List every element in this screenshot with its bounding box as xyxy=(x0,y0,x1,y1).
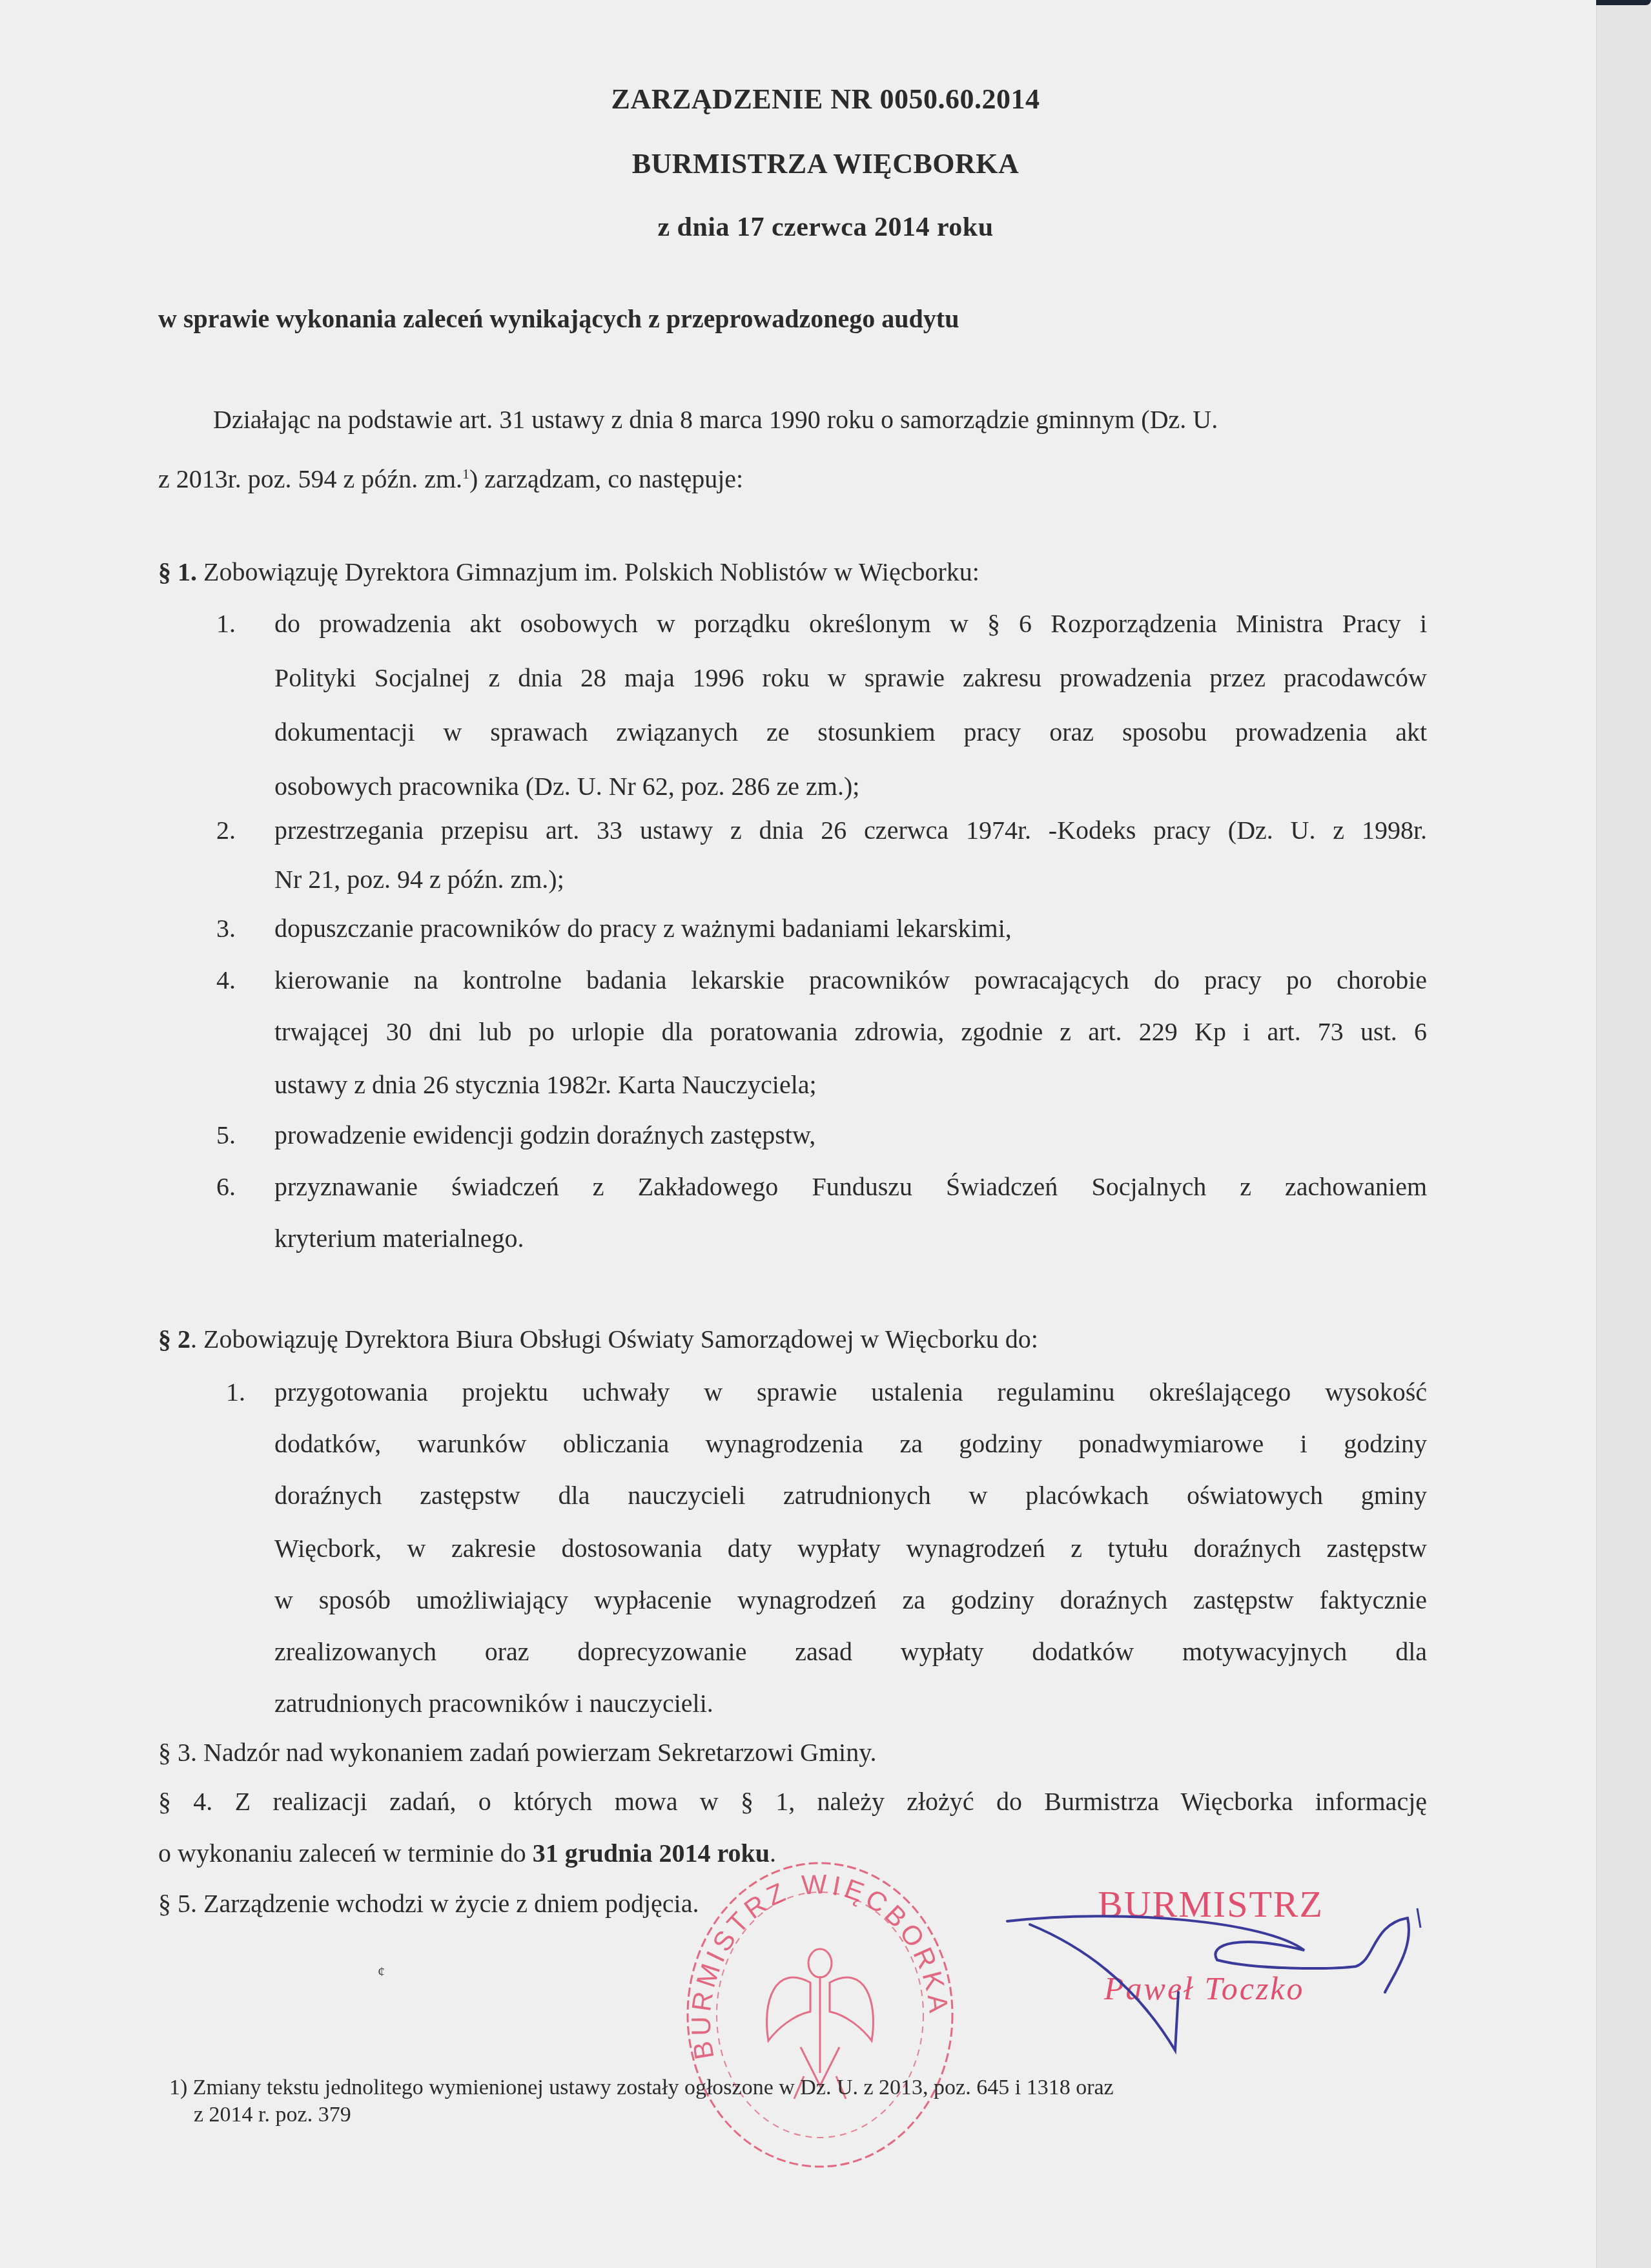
s1-item-4-line-2: trwającej 30 dni lub po urlopie dla pora… xyxy=(274,1016,1427,1047)
s1-item-4-number: 4. xyxy=(216,965,236,995)
s2-item-1-line-7: zatrudnionych pracowników i nauczycieli. xyxy=(274,1688,713,1718)
s2-item-1-line-6: zrealizowanych oraz doprecyzowanie zasad… xyxy=(274,1636,1427,1667)
s2-item-1-line-4: Więcbork, w zakresie dostosowania daty w… xyxy=(274,1533,1427,1563)
section-2-sign: § 2 xyxy=(158,1325,190,1354)
s2-item-1-line-1: przygotowania projektu uchwały w sprawie… xyxy=(274,1377,1427,1407)
s1-item-4-line-1: kierowanie na kontrolne badania lekarski… xyxy=(274,965,1427,995)
section-2-intro: § 2. Zobowiązuję Dyrektora Biura Obsługi… xyxy=(158,1324,1038,1354)
s1-item-5-number: 5. xyxy=(216,1120,236,1150)
s1-item-6-number: 6. xyxy=(216,1171,236,1202)
section-1-sign: § 1. xyxy=(158,557,197,586)
scanner-edge xyxy=(1596,0,1651,2268)
s1-item-2-line-1: przestrzegania przepisu art. 33 ustawy z… xyxy=(274,815,1427,845)
s2-item-1-line-3: doraźnych zastępstw dla nauczycieli zatr… xyxy=(274,1480,1427,1510)
s2-item-1-line-2: dodatków, warunków obliczania wynagrodze… xyxy=(274,1428,1427,1459)
section-3: § 3. Nadzór nad wykonaniem zadań powierz… xyxy=(158,1737,877,1768)
section-5: § 5. Zarządzenie wchodzi w życie z dniem… xyxy=(158,1888,699,1919)
document-title: ZARZĄDZENIE NR 0050.60.2014 xyxy=(0,83,1651,116)
s1-item-4-line-3: ustawy z dnia 26 stycznia 1982r. Karta N… xyxy=(274,1069,817,1100)
s1-item-2-number: 2. xyxy=(216,815,236,845)
s1-item-2-line-2: Nr 21, poz. 94 z późn. zm.); xyxy=(274,864,564,894)
scanner-corner xyxy=(1596,0,1651,5)
s2-item-1-number: 1. xyxy=(226,1377,245,1407)
s1-item-1-line-4: osobowych pracownika (Dz. U. Nr 62, poz.… xyxy=(274,771,859,801)
s2-item-1-line-5: w sposób umożliwiający wypłacenie wynagr… xyxy=(274,1585,1427,1615)
s1-item-3-number: 3. xyxy=(216,913,236,943)
s1-item-1-line-3: dokumentacji w sprawach związanych ze st… xyxy=(274,717,1427,747)
section-1-intro: § 1. Zobowiązuję Dyrektora Gimnazjum im.… xyxy=(158,557,979,587)
document-subject: w sprawie wykonania zaleceń wynikających… xyxy=(158,304,959,334)
s1-item-1-line-1: do prowadzenia akt osobowych w porządku … xyxy=(274,608,1427,639)
footnote-line-2: z 2014 r. poz. 379 xyxy=(194,2103,351,2127)
preamble-line-1: Działając na podstawie art. 31 ustawy z … xyxy=(213,404,1218,435)
section-4-line-1: § 4. Z realizacji zadań, o których mowa … xyxy=(158,1786,1427,1817)
s1-item-6-line-2: kryterium materialnego. xyxy=(274,1223,524,1253)
s1-item-1-number: 1. xyxy=(216,608,236,639)
stray-mark: ȼ xyxy=(378,1963,385,1980)
preamble-line-2: z 2013r. poz. 594 z późn. zm.1) zarządza… xyxy=(158,464,743,494)
document-date: z dnia 17 czerwca 2014 roku xyxy=(0,212,1651,243)
handwritten-signature xyxy=(994,1895,1446,2063)
footnote-line-1: 1) Zmiany tekstu jednolitego wymienionej… xyxy=(169,2076,1114,2100)
s1-item-5-line-1: prowadzenie ewidencji godzin doraźnych z… xyxy=(274,1120,815,1150)
official-seal-stamp: BURMISTRZ WIĘCBORKA xyxy=(665,1853,975,2176)
document-issuer: BURMISTRZA WIĘCBORKA xyxy=(0,147,1651,180)
s1-item-1-line-2: Polityki Socjalnej z dnia 28 maja 1996 r… xyxy=(274,663,1427,693)
s1-item-3-line-1: dopuszczanie pracowników do pracy z ważn… xyxy=(274,913,1012,943)
s1-item-6-line-1: przyznawanie świadczeń z Zakładowego Fun… xyxy=(274,1171,1427,1202)
